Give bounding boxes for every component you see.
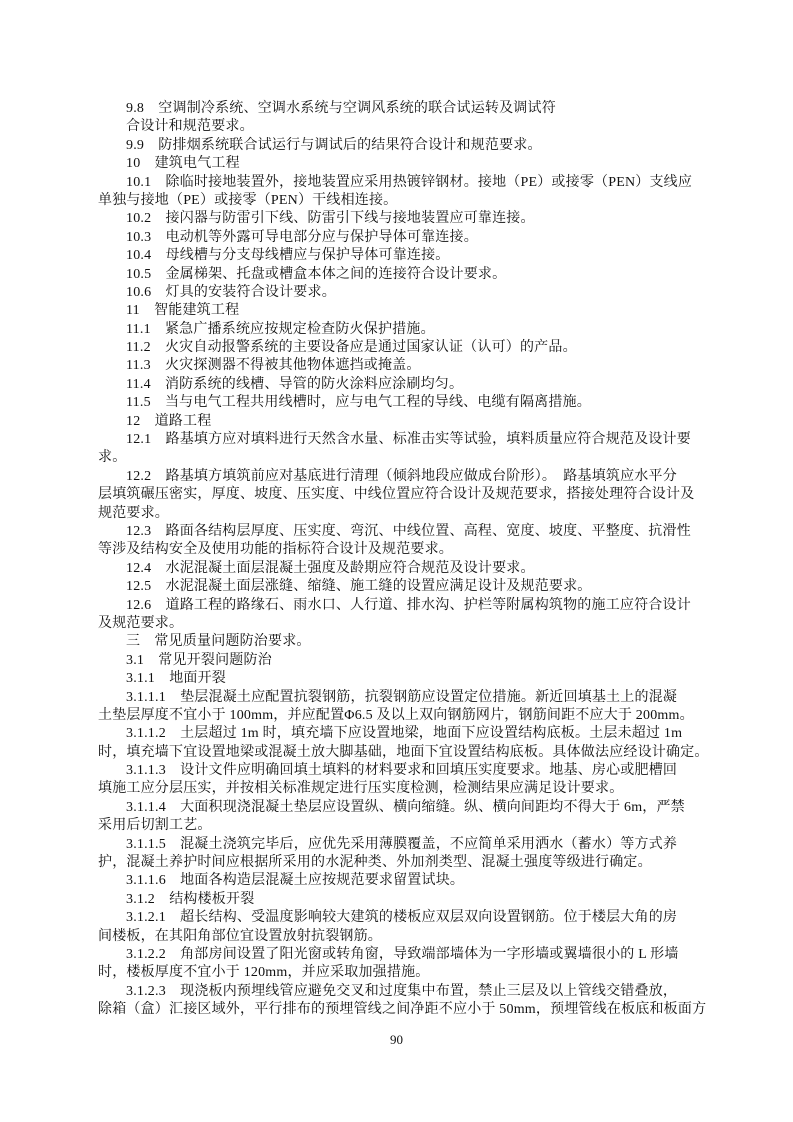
document-line: 合设计和规范要求。 xyxy=(98,118,706,136)
document-line: 3.1 常见开裂问题防治 xyxy=(98,652,706,670)
document-line: 10.6 灯具的安装符合设计要求。 xyxy=(98,284,706,302)
document-line: 填施工应分层压实，并按相关标准规定进行压实度检测，检测结果应满足设计要求。 xyxy=(98,780,706,798)
document-line: 3.1.2 结构楼板开裂 xyxy=(98,891,706,909)
document-line: 12.3 路面各结构层厚度、压实度、弯沉、中线位置、高程、宽度、坡度、平整度、抗… xyxy=(98,523,706,541)
document-line: 规范要求。 xyxy=(98,505,706,523)
document-line: 11.1 紧急广播系统应按规定检查防火保护措施。 xyxy=(98,321,706,339)
document-line: 除箱（盒）汇接区域外，平行排布的预埋管线之间净距不应小于 50mm，预埋管线在板… xyxy=(98,1001,706,1019)
document-line: 12.2 路基填方填筑前应对基底进行清理（倾斜地段应做成台阶形）。 路基填筑应水… xyxy=(98,468,706,486)
document-line: 土垫层厚度不宜小于 100mm，并应配置Φ6.5 及以上双向钢筋网片，钢筋间距不… xyxy=(98,707,706,725)
document-line: 9.8 空调制冷系统、空调水系统与空调风系统的联合试运转及调试符 xyxy=(98,100,706,118)
document-line: 层填筑碾压密实，厚度、坡度、压实度、中线位置应符合设计及规范要求，搭接处理符合设… xyxy=(98,486,706,504)
document-line: 11.5 当与电气工程共用线槽时，应与电气工程的导线、电缆有隔离措施。 xyxy=(98,394,706,412)
document-page: 9.8 空调制冷系统、空调水系统与空调风系统的联合试运转及调试符合设计和规范要求… xyxy=(0,0,793,1122)
document-body: 9.8 空调制冷系统、空调水系统与空调风系统的联合试运转及调试符合设计和规范要求… xyxy=(98,100,706,1020)
document-line: 3.1.1 地面开裂 xyxy=(98,670,706,688)
document-line: 3.1.2.1 超长结构、受温度影响较大建筑的楼板应双层双向设置钢筋。位于楼层大… xyxy=(98,909,706,927)
document-line: 12.5 水泥混凝土面层涨缝、缩缝、施工缝的设置应满足设计及规范要求。 xyxy=(98,578,706,596)
document-line: 单独与接地（PE）或接零（PEN）干线相连接。 xyxy=(98,192,706,210)
document-line: 3.1.1.3 设计文件应明确回填土填料的材料要求和回填压实度要求。地基、房心或… xyxy=(98,762,706,780)
document-line: 10.5 金属梯架、托盘或槽盒本体之间的连接符合设计要求。 xyxy=(98,266,706,284)
document-line: 12 道路工程 xyxy=(98,413,706,431)
document-line: 3.1.1.5 混凝土浇筑完毕后，应优先采用薄膜覆盖，不应简单采用洒水（蓄水）等… xyxy=(98,836,706,854)
document-line: 11.4 消防系统的线槽、导管的防火涂料应涂刷均匀。 xyxy=(98,376,706,394)
document-line: 11.2 火灾自动报警系统的主要设备应是通过国家认证（认可）的产品。 xyxy=(98,339,706,357)
document-line: 及规范要求。 xyxy=(98,615,706,633)
document-line: 时，楼板厚度不宜小于 120mm，并应采取加强措施。 xyxy=(98,964,706,982)
document-line: 护，混凝土养护时间应根据所采用的水泥种类、外加剂类型、混凝土强度等级进行确定。 xyxy=(98,854,706,872)
document-line: 等涉及结构安全及使用功能的指标符合设计及规范要求。 xyxy=(98,541,706,559)
document-line: 11.3 火灾探测器不得被其他物体遮挡或掩盖。 xyxy=(98,357,706,375)
document-line: 12.6 道路工程的路缘石、雨水口、人行道、排水沟、护栏等附属构筑物的施工应符合… xyxy=(98,597,706,615)
document-line: 3.1.2.3 现浇板内预埋线管应避免交叉和过度集中布置，禁止三层及以上管线交错… xyxy=(98,983,706,1001)
document-line: 3.1.1.4 大面积现浇混凝土垫层应设置纵、横向缩缝。纵、横向间距均不得大于 … xyxy=(98,799,706,817)
document-line: 10.4 母线槽与分支母线槽应与保护导体可靠连接。 xyxy=(98,247,706,265)
document-line: 10.3 电动机等外露可导电部分应与保护导体可靠连接。 xyxy=(98,229,706,247)
document-line: 间楼板，在其阳角部位宜设置放射抗裂钢筋。 xyxy=(98,928,706,946)
document-line: 三 常见质量问题防治要求。 xyxy=(98,633,706,651)
document-line: 12.4 水泥混凝土面层混凝土强度及龄期应符合规范及设计要求。 xyxy=(98,560,706,578)
document-line: 3.1.2.2 角部房间设置了阳光窗或转角窗，导致端部墙体为一字形墙或翼墙很小的… xyxy=(98,946,706,964)
document-line: 采用后切割工艺。 xyxy=(98,817,706,835)
document-line: 3.1.1.1 垫层混凝土应配置抗裂钢筋，抗裂钢筋应设置定位措施。新近回填基土上… xyxy=(98,689,706,707)
document-line: 10.2 接闪器与防雷引下线、防雷引下线与接地装置应可靠连接。 xyxy=(98,210,706,228)
document-line: 10.1 除临时接地装置外，接地装置应采用热镀锌钢材。接地（PE）或接零（PEN… xyxy=(98,174,706,192)
document-line: 10 建筑电气工程 xyxy=(98,155,706,173)
document-line: 3.1.1.2 土层超过 1m 时，填充墙下应设置地梁，地面下应设置结构底板。土… xyxy=(98,725,706,743)
document-line: 3.1.1.6 地面各构造层混凝土应按规范要求留置试块。 xyxy=(98,872,706,890)
document-line: 9.9 防排烟系统联合试运行与调试后的结果符合设计和规范要求。 xyxy=(98,137,706,155)
document-line: 求。 xyxy=(98,449,706,467)
document-line: 11 智能建筑工程 xyxy=(98,302,706,320)
document-line: 时，填充墙下宜设置地梁或混凝土放大脚基础，地面下宜设置结构底板。具体做法应经设计… xyxy=(98,744,706,762)
page-number: 90 xyxy=(0,1032,793,1048)
document-line: 12.1 路基填方应对填料进行天然含水量、标准击实等试验，填料质量应符合规范及设… xyxy=(98,431,706,449)
